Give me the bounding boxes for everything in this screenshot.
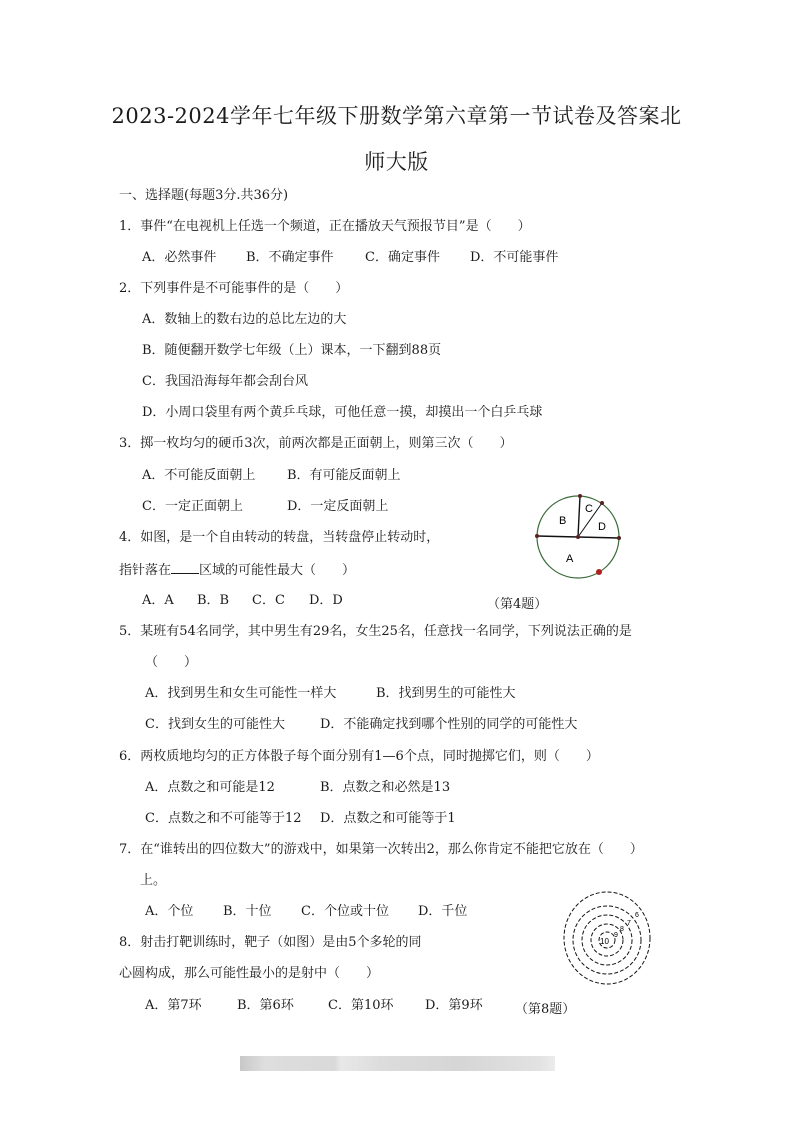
q6-option-d: D．点数之和可能等于1 [320, 811, 456, 827]
question-8-stem-line1: 8．射击打靶训练时，靶子（如图）是由5个多轮的同 [119, 935, 422, 951]
svg-text:A: A [566, 553, 574, 565]
question-4-stem-line1: 4．如图，是一个自由转动的转盘，当转盘停止转动时， [119, 530, 439, 546]
q7-option-c: C．个位或十位 [301, 904, 389, 920]
q8-figure-caption: （第8题） [515, 998, 575, 1017]
q7-option-d: D．千位 [418, 904, 467, 920]
q5-option-a: A．找到男生和女生可能性一样大 [145, 686, 336, 702]
q8-option-d: D．第9环 [425, 998, 483, 1014]
q4-option-c: C．C [252, 593, 285, 609]
question-7-stem-line2: 上。 [140, 873, 166, 889]
q4-option-b: B．B [197, 593, 229, 609]
question-4-stem-line2: 指针落在区域的可能性最大（ ） [119, 561, 355, 579]
q6-option-a: A．点数之和可能是12 [145, 780, 275, 796]
blurred-watermark [240, 1056, 555, 1071]
q6-option-c: C．点数之和不可能等于12 [145, 811, 302, 827]
q5-option-c: C．找到女生的可能性大 [145, 717, 285, 733]
target-figure: 10 9 8 7 6 [560, 888, 656, 988]
question-1-stem: 1．事件“在电视机上任选一个频道，正在播放天气预报节目”是（ ） [119, 219, 531, 235]
q4-option-a: A．A [142, 593, 174, 609]
page-title-line2: 师大版 [0, 146, 793, 176]
page-title-line1: 2023-2024学年七年级下册数学第六章第一节试卷及答案北 [0, 100, 793, 130]
q2-option-c: C．我国沿海每年都会刮台风 [142, 374, 308, 390]
q4-stem-pre: 指针落在 [119, 563, 171, 578]
svg-text:D: D [598, 521, 606, 533]
question-2-stem: 2．下列事件是不可能事件的是（ ） [119, 281, 348, 297]
q3-option-c: C．一定正面朝上 [142, 499, 243, 515]
question-6-stem: 6．两枚质地均匀的正方体骰子每个面分别有1—6个点，同时抛掷它们，则（ ） [119, 749, 599, 765]
q5-option-b: B．找到男生的可能性大 [376, 686, 516, 702]
q4-stem-post: 区域的可能性最大（ ） [199, 563, 355, 578]
q1-option-a: A．必然事件 [142, 250, 216, 266]
q7-option-a: A．个位 [145, 904, 193, 920]
question-3-stem: 3．掷一枚均匀的硬币3次，前两次都是正面朝上，则第三次（ ） [119, 436, 513, 452]
spinner-figure: B C D A [528, 485, 632, 589]
q7-option-b: B．十位 [223, 904, 272, 920]
q2-option-a: A．数轴上的数右边的总比左边的大 [142, 312, 346, 328]
question-5-stem-line2: （ ） [145, 655, 197, 671]
svg-text:9: 9 [614, 932, 618, 939]
svg-text:C: C [585, 503, 593, 515]
q6-option-b: B．点数之和必然是13 [320, 780, 450, 796]
q3-option-d: D．一定反面朝上 [287, 499, 388, 515]
q8-option-b: B．第6环 [237, 998, 294, 1014]
section-heading: 一、选择题(每题3分.共36分) [119, 188, 288, 204]
q3-option-b: B．有可能反面朝上 [287, 468, 401, 484]
q3-option-a: A．不可能反面朝上 [142, 468, 255, 484]
q4-option-d: D．D [309, 593, 343, 609]
svg-text:B: B [559, 515, 566, 527]
q2-option-d: D．小周口袋里有两个黄乒乓球，可他任意一摸，却摸出一个白乒乓球 [142, 405, 542, 421]
q1-option-d: D．不可能事件 [470, 250, 558, 266]
q8-option-c: C．第10环 [328, 998, 394, 1014]
q1-option-c: C．确定事件 [365, 250, 440, 266]
svg-text:8: 8 [620, 926, 624, 933]
q4-figure-caption: （第4题） [487, 593, 547, 612]
q5-option-d: D．不能确定找到哪个性别的同学的可能性大 [320, 717, 577, 733]
svg-text:6: 6 [635, 912, 639, 919]
question-7-stem-line1: 7．在“谁转出的四位数大”的游戏中，如果第一次转出2，那么你肯定不能把它放在（ … [119, 842, 643, 858]
question-8-stem-line2: 心圆构成，那么可能性最小的是射中（ ） [119, 966, 379, 982]
svg-text:7: 7 [627, 920, 631, 927]
answer-blank [171, 561, 199, 574]
q1-option-b: B．不确定事件 [246, 250, 334, 266]
svg-text:10: 10 [600, 937, 609, 946]
q8-option-a: A．第7环 [145, 998, 202, 1014]
question-5-stem-line1: 5．某班有54名同学，其中男生有29名，女生25名，任意找一名同学，下列说法正确… [119, 624, 632, 640]
q2-option-b: B．随便翻开数学七年级（上）课本，一下翻到88页 [142, 343, 441, 359]
